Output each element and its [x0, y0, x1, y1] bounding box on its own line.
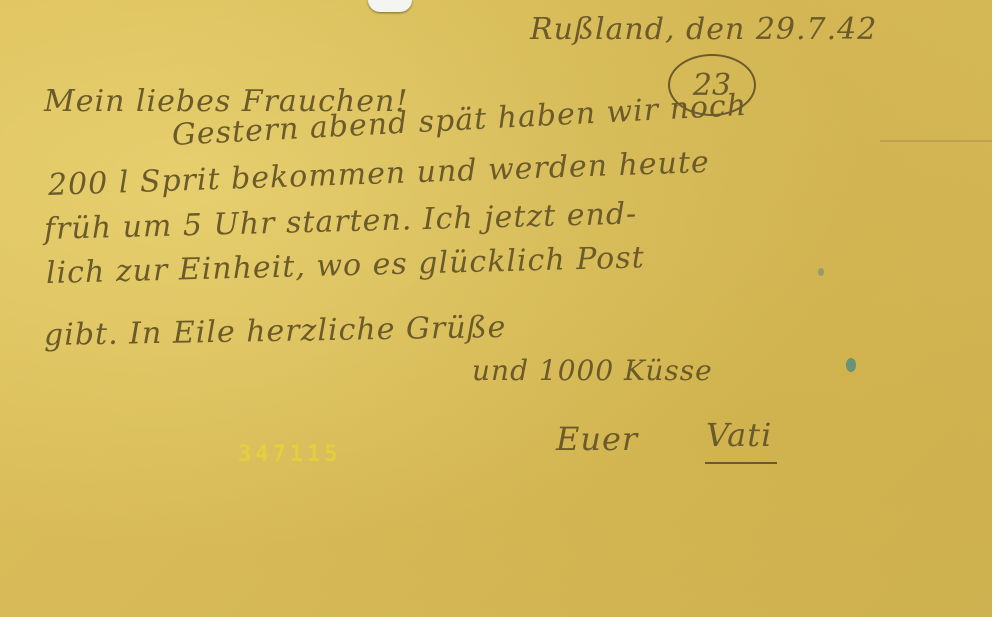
body-line-4: lich zur Einheit, wo es glücklich Post: [46, 240, 646, 291]
torn-hole: [368, 0, 412, 12]
closing-line: und 1000 Küsse: [472, 354, 713, 387]
signature-prefix: Euer: [556, 420, 638, 458]
body-line-2: 200 l Sprit bekommen und werden heute: [47, 145, 710, 203]
paper-crease: [880, 140, 992, 142]
body-line-5: gibt. In Eile herzliche Grüße: [44, 310, 507, 353]
letter-paper: Rußland, den 29.7.42 23 Mein liebes Frau…: [0, 0, 992, 617]
place-date: Rußland, den 29.7.42: [530, 12, 877, 47]
ink-spot: [846, 358, 856, 372]
signature-name: Vati: [706, 416, 772, 454]
ink-spot: [818, 268, 824, 276]
signature-underline: [705, 462, 777, 464]
faint-stamp-number: 347115: [238, 442, 341, 467]
body-line-3: früh um 5 Uhr starten. Ich jetzt end-: [44, 196, 638, 247]
